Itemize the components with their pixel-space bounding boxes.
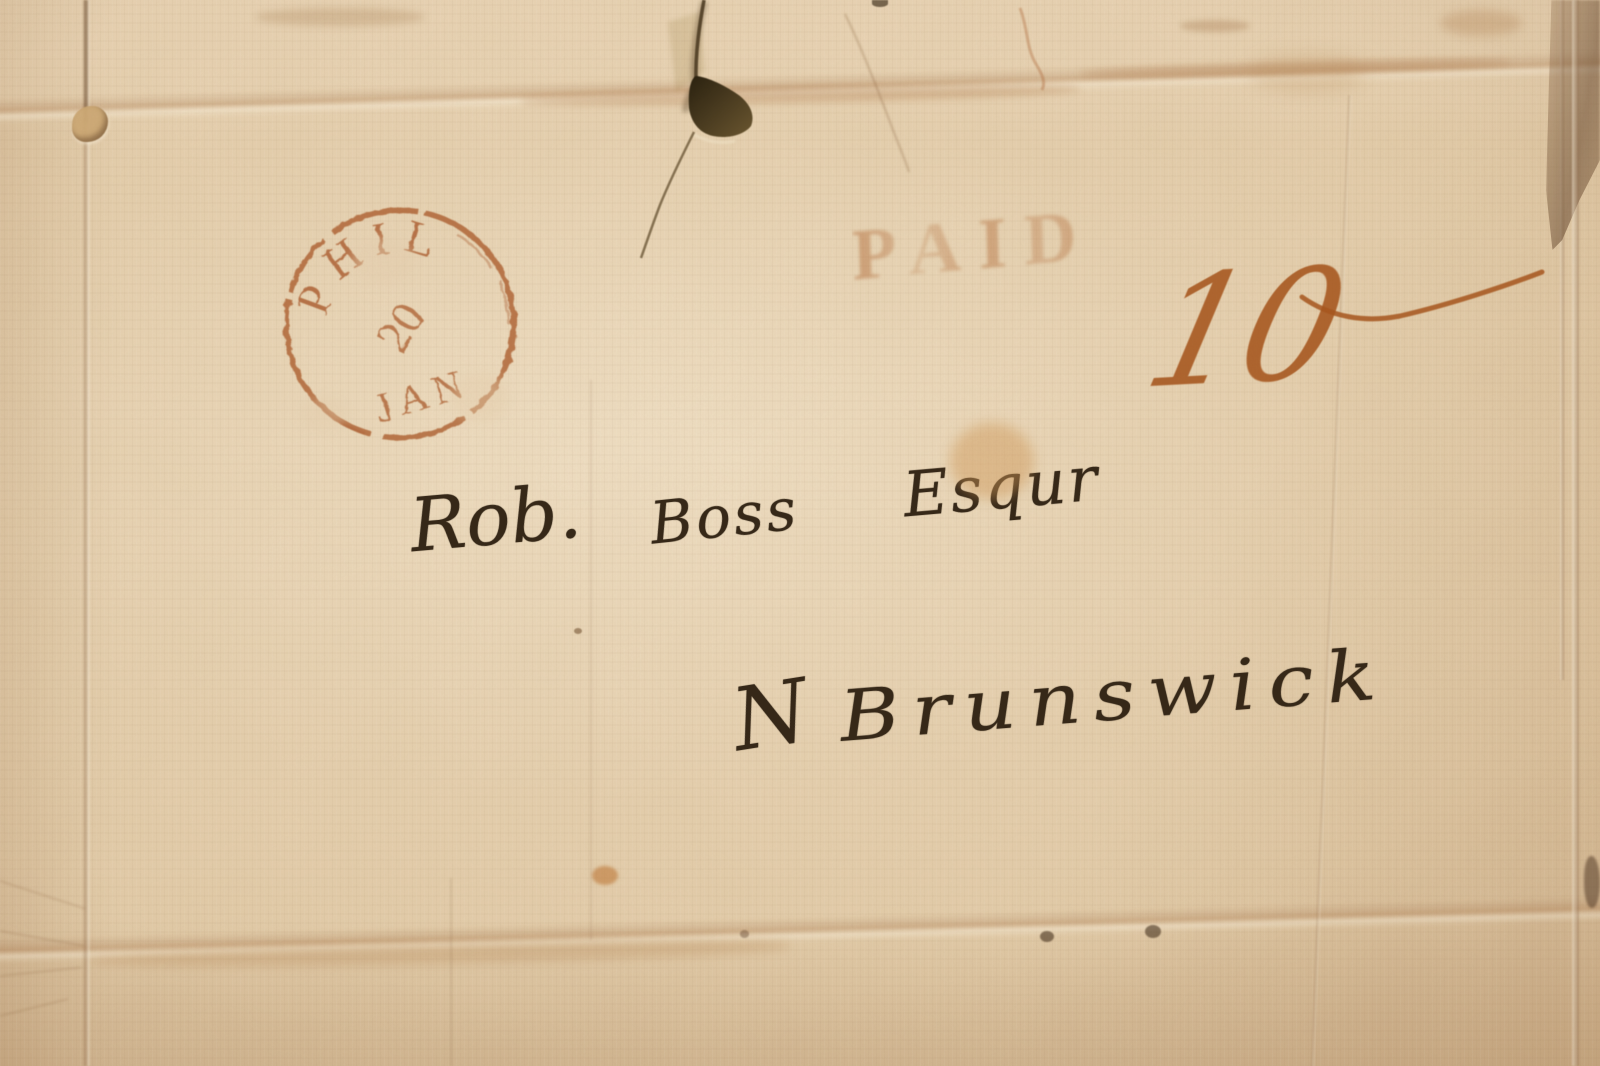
letter-photo: { "postmark": { "city": "PHIL", "day": "…: [0, 0, 1600, 1066]
datestamp-day-text: 20: [367, 294, 436, 361]
offset-ink-squiggle: [1020, 8, 1044, 90]
stamp-fade-patch: [300, 398, 346, 430]
stain-top-right-patch: [1250, 52, 1365, 94]
fold-nick-dark-3: [740, 930, 749, 938]
stamp-fade-patch: [452, 372, 508, 422]
address-recipient-word-1: Rob.: [407, 469, 585, 570]
fold-nick-dark-2: [1145, 925, 1161, 938]
stain-top-right-corner: [1440, 10, 1522, 36]
top-edge-nick: [872, 0, 888, 7]
tear-diagonal-crease: [845, 14, 909, 172]
rate-flourish-stroke: [1302, 272, 1542, 319]
address-destination-word-1: N: [726, 661, 816, 772]
paper-edge-ragged-right: [1572, 0, 1579, 1066]
rate-marking-flourish: [1290, 250, 1560, 330]
stain-top-left-smudge: [255, 8, 425, 26]
tear-crack-lower: [641, 132, 694, 258]
faint-crease-bottom-left: [450, 878, 452, 1066]
ink-speck: [574, 628, 582, 634]
faint-crease-center: [590, 380, 592, 940]
stain-spot-center-bottom: [592, 866, 618, 885]
stain-above-esquire: [950, 423, 1034, 499]
stamp-fade-patch: [352, 238, 414, 284]
paper-edge-shadow-bottom-right: [1584, 856, 1600, 908]
fold-nick-dark-1: [1040, 931, 1054, 942]
stain-top-right-dash: [1180, 20, 1250, 32]
left-fold-crease-top-dark: [84, 0, 88, 122]
tear-hole: [689, 76, 753, 137]
